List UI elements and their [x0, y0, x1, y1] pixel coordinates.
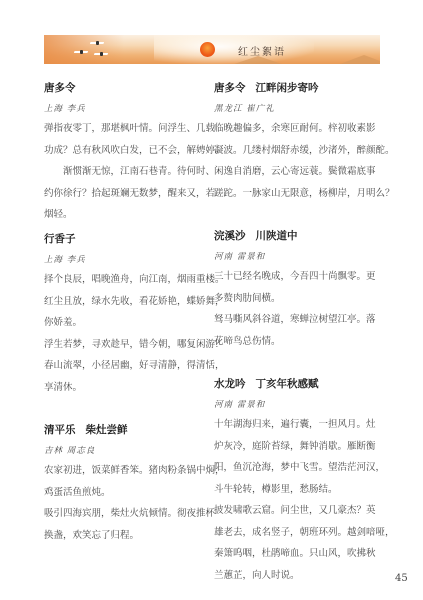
poem-line: 三十已经名晚成，今吾四十尚飘零。更 — [214, 266, 384, 288]
mountain-icon — [340, 55, 380, 64]
poem-author: 上海 李兵 — [44, 253, 214, 267]
poem-line: 十年湖海归来，遍行囊，一担风月。灶 — [214, 414, 384, 436]
poem-line: 秦箫呜咽，杜鹃啼血。只山风，吹拂秋 — [214, 543, 384, 565]
poem-title-text: 行香子 — [44, 233, 76, 245]
poem-line: 多赘肉肋间横。 — [214, 288, 384, 310]
poem-line: 阳，鱼沉沧海，梦中飞雪。望浩茫河汉， — [214, 457, 384, 479]
poem-subtitle: 江畔闲步寄吟 — [256, 82, 319, 94]
poem-title: 水龙吟丁亥年秋感赋 — [214, 376, 384, 392]
poem-line: 兰蕙芷，向人时说。 — [214, 565, 384, 587]
poem-line: 花啼鸟总伤情。 — [214, 331, 384, 353]
poem-line: 择个良辰，唱晚渔舟，向江南，烟雨重楼。 — [44, 269, 214, 291]
poem: 唐多令江畔闲步寄吟 黑龙江 崔广礼 临晚趣偏多，余寒叵耐何。梓初收素影 凝波。几… — [214, 80, 384, 204]
poem: 唐多令 上海 李兵 弹指夜零丁，那堪枫叶情。问浮生、几载 功成？总有秋风吹白发，… — [44, 80, 214, 201]
poem-line: 享清休。 — [44, 377, 214, 399]
poem-author: 吉林 周志良 — [44, 444, 214, 458]
poem-line: 浮生若梦，寻欢趁早，错今朝，哪复闲游？ — [44, 334, 214, 356]
poem-line: 披发啸歌云窟。问尘世，又几豪杰？英 — [214, 500, 384, 522]
poem-author: 黑龙江 崔广礼 — [214, 102, 384, 116]
poem-title: 唐多令江畔闲步寄吟 — [214, 80, 384, 96]
poem: 浣溪沙川陕道中 河南 雷景和 三十已经名晚成，今吾四十尚飘零。更 多赘肉肋间横。… — [214, 228, 384, 352]
header-banner: 红尘絮语 — [44, 35, 380, 64]
poem: 水龙吟丁亥年秋感赋 河南 雷景和 十年湖海归来，遍行囊，一担风月。灶 炉灰冷，庭… — [214, 376, 384, 586]
poem-line: 雄老去，成名竖子，朝班环列。越剑喑哑， — [214, 522, 384, 544]
poem-line: 农家初进，饭菜鲜香笨。猪肉粉条锅中焖， — [44, 460, 214, 482]
poem-subtitle: 川陕道中 — [256, 230, 298, 242]
poem-line: 闲逸自消磨，云心寄远蓑。鬓微霜底事 — [214, 161, 384, 183]
poem-subtitle: 柴灶尝鲜 — [86, 424, 128, 436]
poem-author: 上海 李兵 — [44, 102, 214, 116]
poem-line: 凝波。几缕村烟舒赤缓，沙渚外，醉颜酡。 — [214, 140, 384, 162]
crane-icon — [74, 50, 88, 55]
poem-line: 换盏，欢笑忘了归程。 — [44, 525, 214, 547]
poem-author: 河南 雷景和 — [214, 398, 384, 412]
crane-icon — [90, 41, 104, 46]
poem-title: 唐多令 — [44, 80, 214, 96]
poem-line: 你娇羞。 — [44, 312, 214, 334]
poem-line: 红尘且放，绿水先收，看花娇艳，蝶娇舞， — [44, 291, 214, 313]
poem-line: 渐惯渐无惊，江南石巷青。待何时、 — [44, 161, 214, 183]
poem-author: 河南 雷景和 — [214, 250, 384, 264]
poem-subtitle: 丁亥年秋感赋 — [256, 378, 319, 390]
mountain-icon — [234, 56, 282, 64]
poem-line: 春山流翠，小径居幽，好寻清静，得清恬， — [44, 355, 214, 377]
left-column: 唐多令 上海 李兵 弹指夜零丁，那堪枫叶情。问浮生、几载 功成？总有秋风吹白发，… — [44, 80, 214, 546]
poem-line: 弹指夜零丁，那堪枫叶情。问浮生、几载 — [44, 118, 214, 140]
right-column: 唐多令江畔闲步寄吟 黑龙江 崔广礼 临晚趣偏多，余寒叵耐何。梓初收素影 凝波。几… — [214, 80, 384, 586]
poem-line: 临晚趣偏多，余寒叵耐何。梓初收素影 — [214, 118, 384, 140]
poem: 行香子 上海 李兵 择个良辰，唱晚渔舟，向江南，烟雨重楼。 红尘且放，绿水先收，… — [44, 231, 214, 398]
poem-title-text: 唐多令 — [44, 82, 76, 94]
poem-line: 斗牛轮转，樽影里，愁肠结。 — [214, 479, 384, 501]
sun-icon — [200, 42, 215, 57]
poem-line: 吸引四海宾朋，柴灶火炕倾情。彻夜推杯 — [44, 503, 214, 525]
poem-title-text: 浣溪沙 — [214, 230, 246, 242]
poem-title-text: 清平乐 — [44, 424, 76, 436]
poem-line: 蹉跎。一脉家山无限意，杨柳岸，月明么？ — [214, 183, 384, 205]
poem-title-text: 水龙吟 — [214, 378, 246, 390]
poem-line: 鸡蛋活鱼煎炖。 — [44, 482, 214, 504]
poem: 清平乐柴灶尝鲜 吉林 周志良 农家初进，饭菜鲜香笨。猪肉粉条锅中焖， 鸡蛋活鱼煎… — [44, 422, 214, 546]
crane-icon — [94, 52, 108, 57]
poem-title: 清平乐柴灶尝鲜 — [44, 422, 214, 438]
poem-line: 功成？总有秋风吹白发，已不会，解娉婷。 — [44, 140, 214, 162]
poem-line: 烟轻。 — [44, 204, 214, 226]
poem-title: 浣溪沙川陕道中 — [214, 228, 384, 244]
poem-line: 驽马嘶风斜谷道，寒蝉泣树望江亭。落 — [214, 309, 384, 331]
poem-title-text: 唐多令 — [214, 82, 246, 94]
poem-line: 炉灰冷，庭阶苔绿，舞钟消歇。雁断衡 — [214, 436, 384, 458]
page-number: 45 — [395, 573, 408, 584]
poem-line: 约你徐行？拾起斑斓无数梦，醒来又，若 — [44, 183, 214, 205]
poem-title: 行香子 — [44, 231, 214, 247]
